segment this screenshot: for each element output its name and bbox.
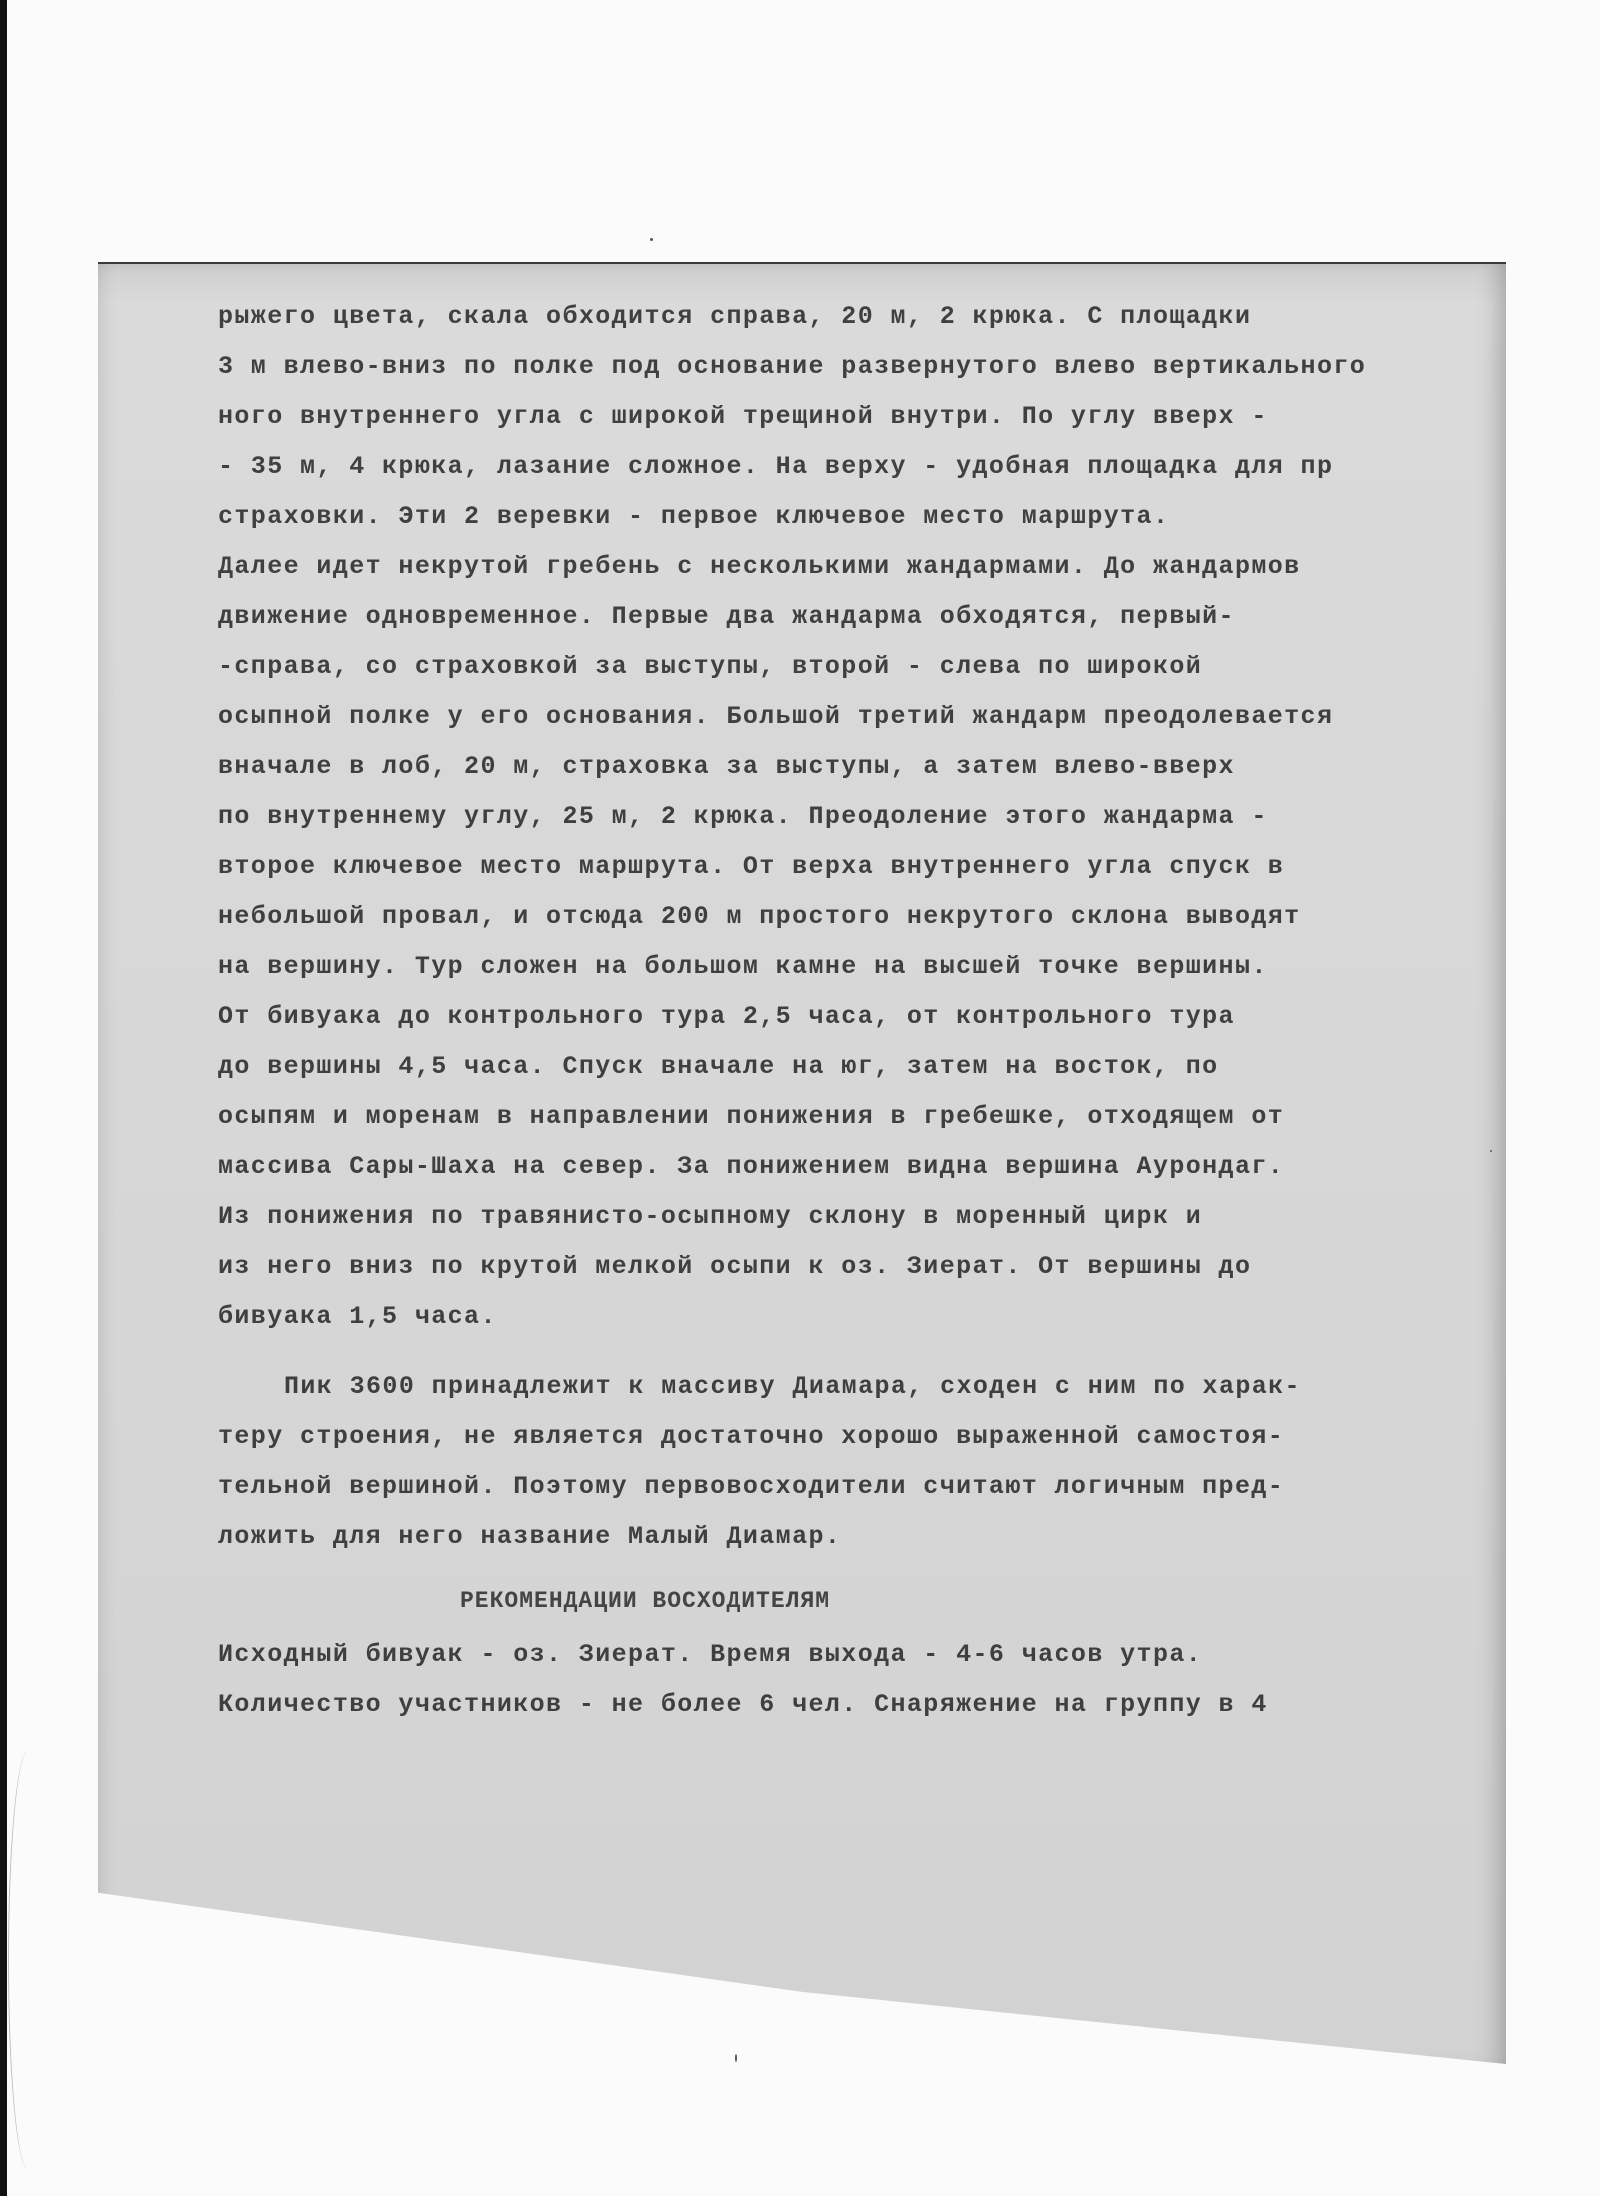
scanner-edge-strip bbox=[0, 0, 7, 2196]
text-line: рыжего цвета, скала обходится справа, 20… bbox=[218, 292, 1518, 342]
text-line: ного внутреннего угла с широкой трещиной… bbox=[218, 392, 1518, 442]
paragraph-peak-naming: Пик 3600 принадлежит к массиву Диамара, … bbox=[218, 1362, 1518, 1562]
text-line: теру строения, не является достаточно хо… bbox=[218, 1412, 1518, 1462]
scanner-arc-mark bbox=[8, 1750, 49, 2170]
text-line: по внутреннему углу, 25 м, 2 крюка. Прео… bbox=[218, 792, 1518, 842]
paragraph-spacer bbox=[218, 1342, 1518, 1362]
text-line: второе ключевое место маршрута. От верха… bbox=[218, 842, 1518, 892]
text-line: небольшой провал, и отсюда 200 м простог… bbox=[218, 892, 1518, 942]
text-line: Количество участников - не более 6 чел. … bbox=[218, 1680, 1518, 1730]
text-line: -справа, со страховкой за выступы, второ… bbox=[218, 642, 1518, 692]
text-line: Исходный бивуак - оз. Зиерат. Время выхо… bbox=[218, 1630, 1518, 1680]
text-line: Далее идет некрутой гребень с нескольким… bbox=[218, 542, 1518, 592]
section-heading: РЕКОМЕНДАЦИИ ВОСХОДИТЕЛЯМ bbox=[218, 1576, 1518, 1630]
text-line: страховки. Эти 2 веревки - первое ключев… bbox=[218, 492, 1518, 542]
text-line: вначале в лоб, 20 м, страховка за выступ… bbox=[218, 742, 1518, 792]
text-line: 3 м влево-вниз по полке под основание ра… bbox=[218, 342, 1518, 392]
dust-speck bbox=[650, 238, 653, 241]
text-line: бивуака 1,5 часа. bbox=[218, 1292, 1518, 1342]
text-line: Пик 3600 принадлежит к массиву Диамара, … bbox=[218, 1362, 1518, 1412]
text-line: осыпям и моренам в направлении понижения… bbox=[218, 1092, 1518, 1142]
dust-speck bbox=[735, 2054, 737, 2062]
text-line: Из понижения по травянисто-осыпному скло… bbox=[218, 1192, 1518, 1242]
paragraph-recommendations: Исходный бивуак - оз. Зиерат. Время выхо… bbox=[218, 1630, 1518, 1730]
text-line: до вершины 4,5 часа. Спуск вначале на юг… bbox=[218, 1042, 1518, 1092]
text-line: массива Сары-Шаха на север. За понижение… bbox=[218, 1142, 1518, 1192]
text-line: тельной вершиной. Поэтому первовосходите… bbox=[218, 1462, 1518, 1512]
text-line: из него вниз по крутой мелкой осыпи к оз… bbox=[218, 1242, 1518, 1292]
text-line: на вершину. Тур сложен на большом камне … bbox=[218, 942, 1518, 992]
text-line: От бивуака до контрольного тура 2,5 часа… bbox=[218, 992, 1518, 1042]
text-line: осыпной полке у его основания. Большой т… bbox=[218, 692, 1518, 742]
text-line: ложить для него название Малый Диамар. bbox=[218, 1512, 1518, 1562]
text-line: - 35 м, 4 крюка, лазание сложное. На вер… bbox=[218, 442, 1518, 492]
paragraph-route-description: рыжего цвета, скала обходится справа, 20… bbox=[218, 292, 1518, 1342]
document-body: рыжего цвета, скала обходится справа, 20… bbox=[218, 292, 1518, 1730]
text-line: движение одновременное. Первые два жанда… bbox=[218, 592, 1518, 642]
dust-speck bbox=[1490, 1150, 1492, 1152]
